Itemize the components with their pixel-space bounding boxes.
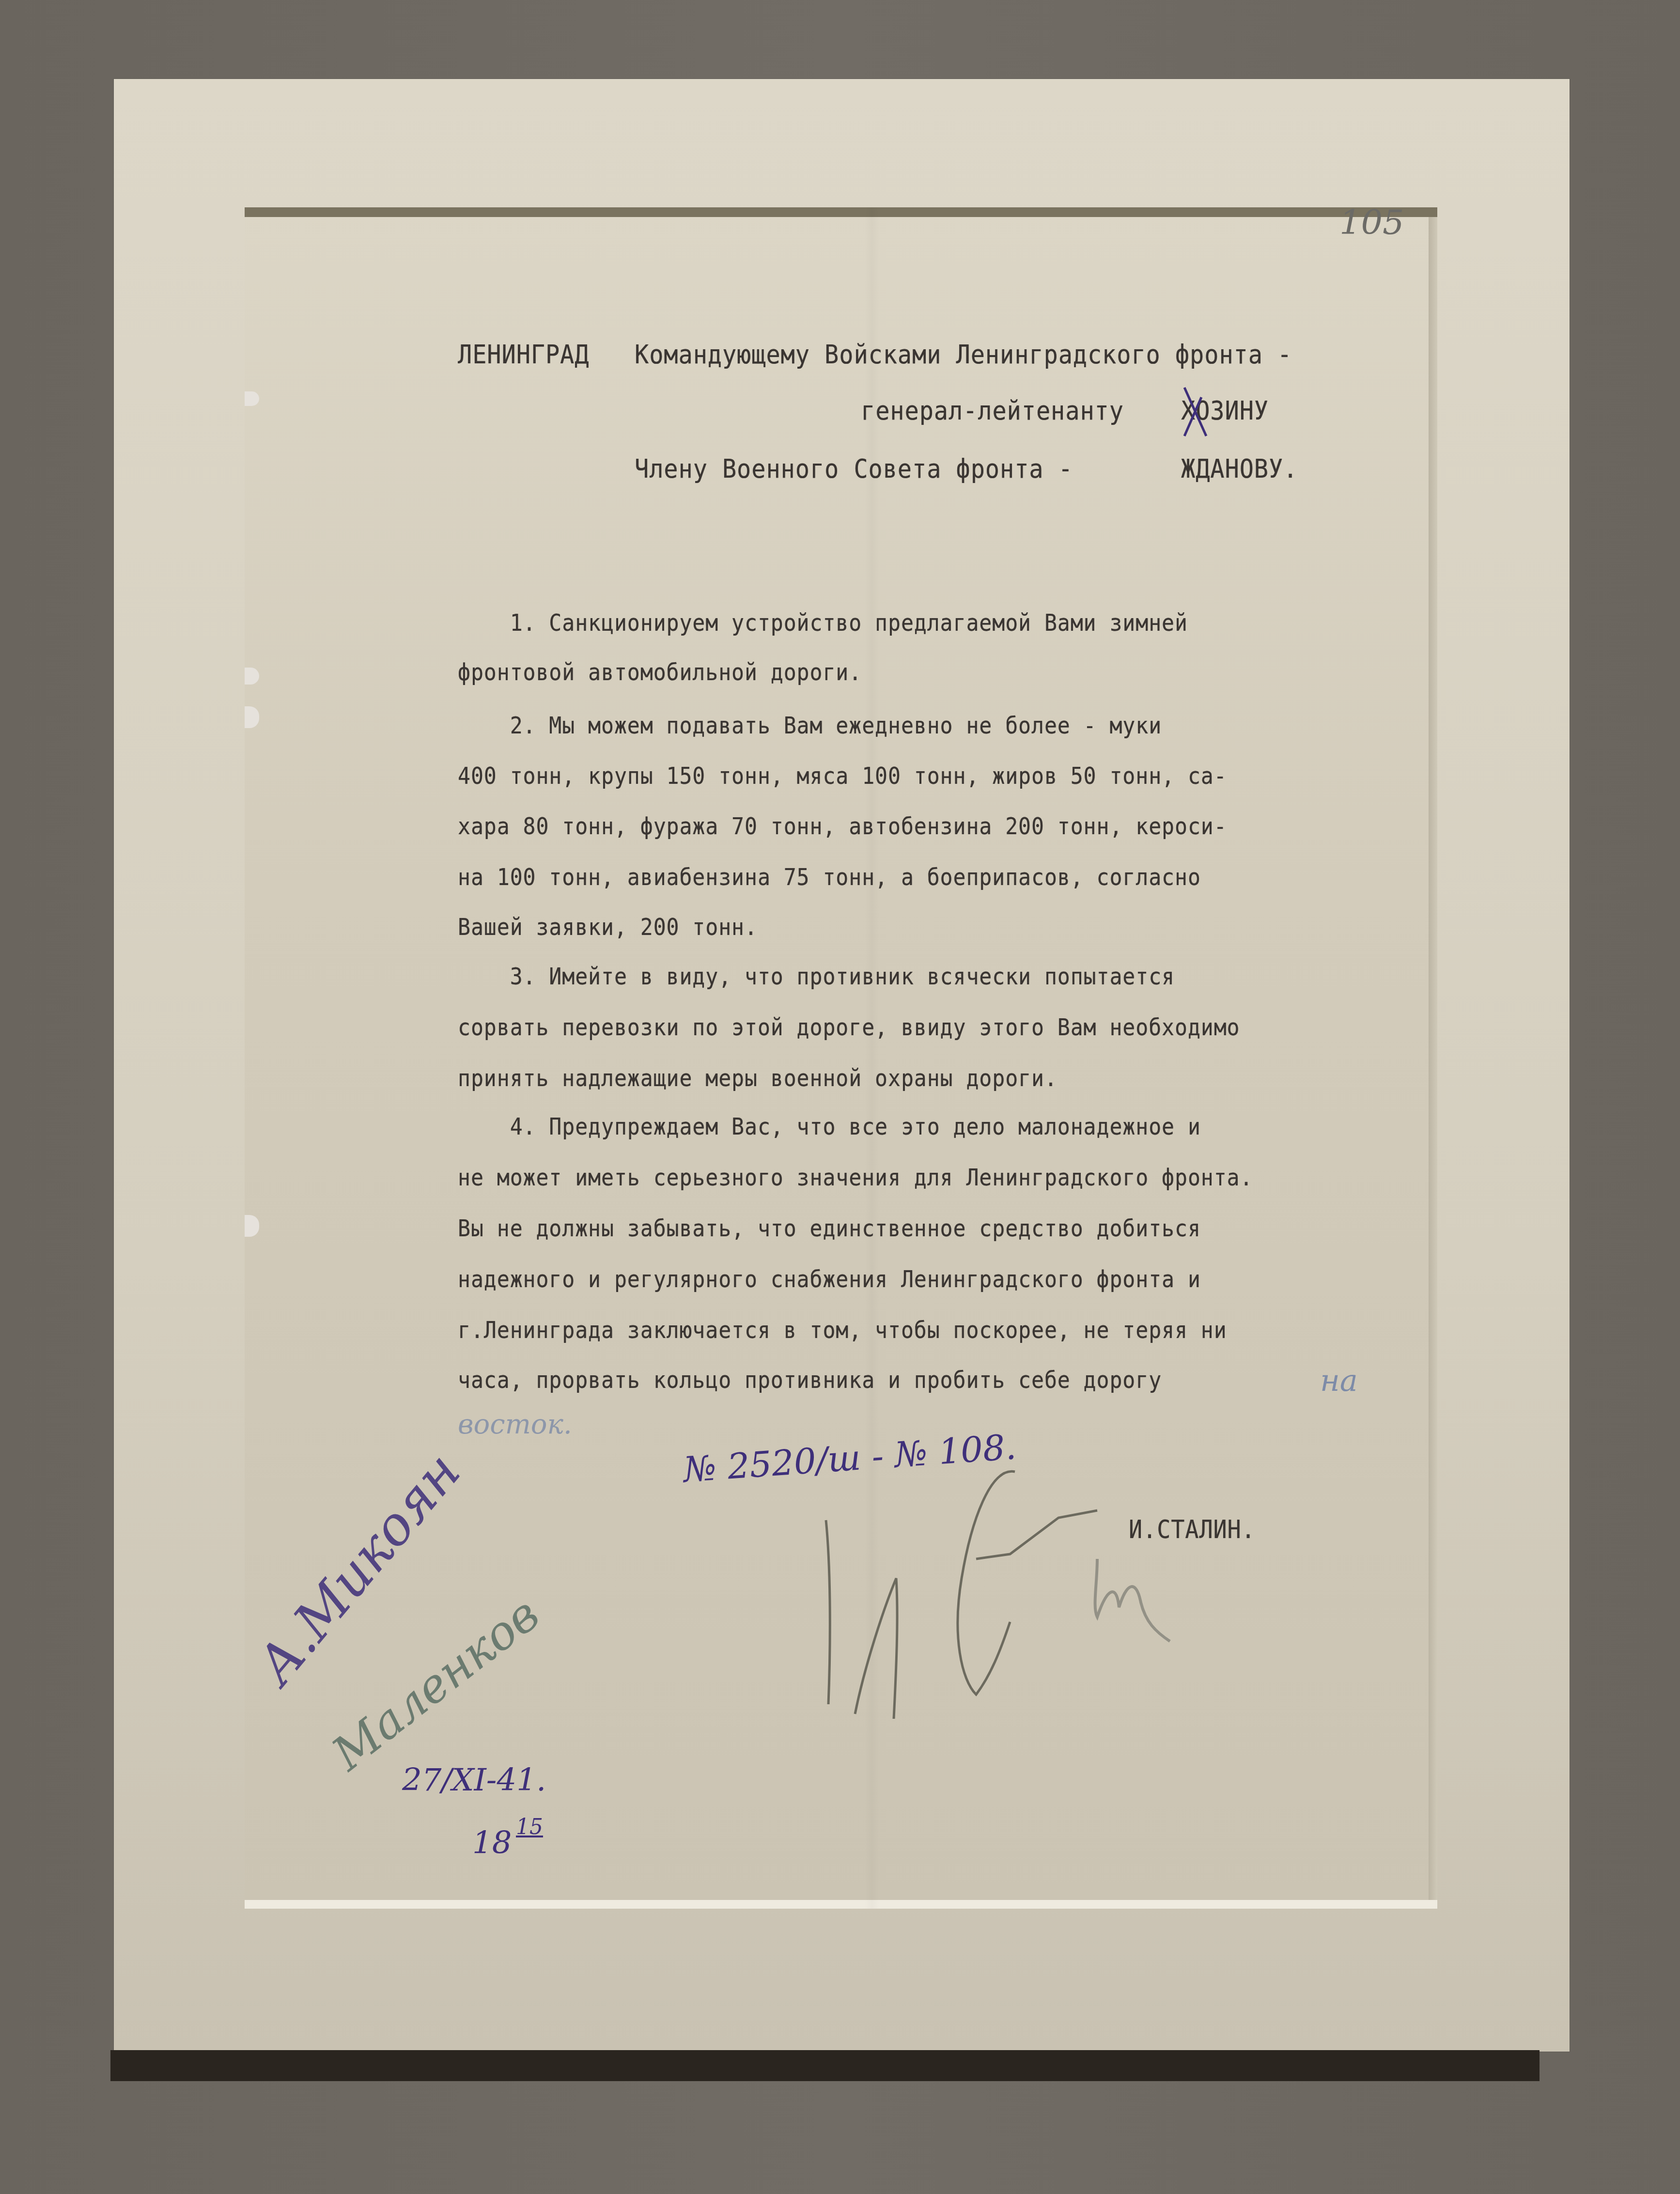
body-line: не может иметь серьезного значения для Л… — [458, 1164, 1253, 1191]
addressee-zhdanov: ЖДАНОВУ. — [1181, 453, 1298, 484]
time-hour: 18 — [472, 1825, 512, 1861]
handwritten-insert-na: на — [1320, 1363, 1358, 1398]
mat-right-bevel — [1429, 217, 1437, 1909]
address-line-1: Командующему Войсками Ленинградского фро… — [635, 339, 1292, 370]
body-line: 2. Мы можем подавать Вам ежедневно не бо… — [458, 712, 1162, 739]
body-line: Вы не должны забывать, что единственное … — [458, 1215, 1201, 1242]
body-line: часа, прорвать кольцо противника и проби… — [458, 1367, 1162, 1394]
body-line: Вашей заявки, 200 тонн. — [458, 914, 758, 941]
punch-hole — [245, 391, 259, 406]
time-minutes: 15 — [516, 1815, 543, 1839]
body-line: надежного и регулярного снабжения Ленинг… — [458, 1266, 1201, 1293]
page-number-mark: 105 — [1339, 207, 1404, 242]
date-note: 27/XI-41. — [402, 1762, 546, 1798]
stalin-signature-stroke — [758, 1447, 1194, 1738]
body-line: 4. Предупреждаем Вас, что все это дело м… — [458, 1113, 1201, 1140]
mat-shadow — [110, 2050, 1540, 2081]
body-line: фронтовой автомобильной дороги. — [458, 659, 862, 686]
body-line: г.Ленинграда заключается в том, чтобы по… — [458, 1317, 1227, 1344]
x-correction-mark — [1180, 388, 1218, 441]
punch-hole — [245, 668, 259, 685]
body-line: 1. Санкционируем устройство предлагаемой… — [458, 609, 1188, 637]
punch-hole — [245, 1215, 259, 1237]
address-city: ЛЕНИНГРАД — [458, 339, 589, 370]
body-line: хара 80 тонн, фуража 70 тонн, автобензин… — [458, 813, 1227, 840]
body-line: принять надлежащие меры военной охраны д… — [458, 1065, 1058, 1092]
body-line: на 100 тонн, авиабензина 75 тонн, а боеп… — [458, 864, 1201, 891]
body-line: 3. Имейте в виду, что противник всячески… — [458, 963, 1175, 990]
punch-hole — [245, 706, 259, 728]
body-line: сорвать перевозки по этой дороге, ввиду … — [458, 1014, 1240, 1041]
address-line-3: Члену Военного Совета фронта - — [635, 453, 1073, 484]
address-line-2: генерал-лейтенанту — [861, 395, 1124, 426]
mat-bottom-bevel — [245, 1900, 1437, 1909]
handwritten-insert-vostok: восток. — [458, 1409, 572, 1440]
mat-top-bevel — [245, 207, 1437, 217]
body-line: 400 тонн, крупы 150 тонн, мяса 100 тонн,… — [458, 762, 1227, 790]
document-sheet: 105 ЛЕНИНГРАД Командующему Войсками Лени… — [245, 207, 1437, 1909]
